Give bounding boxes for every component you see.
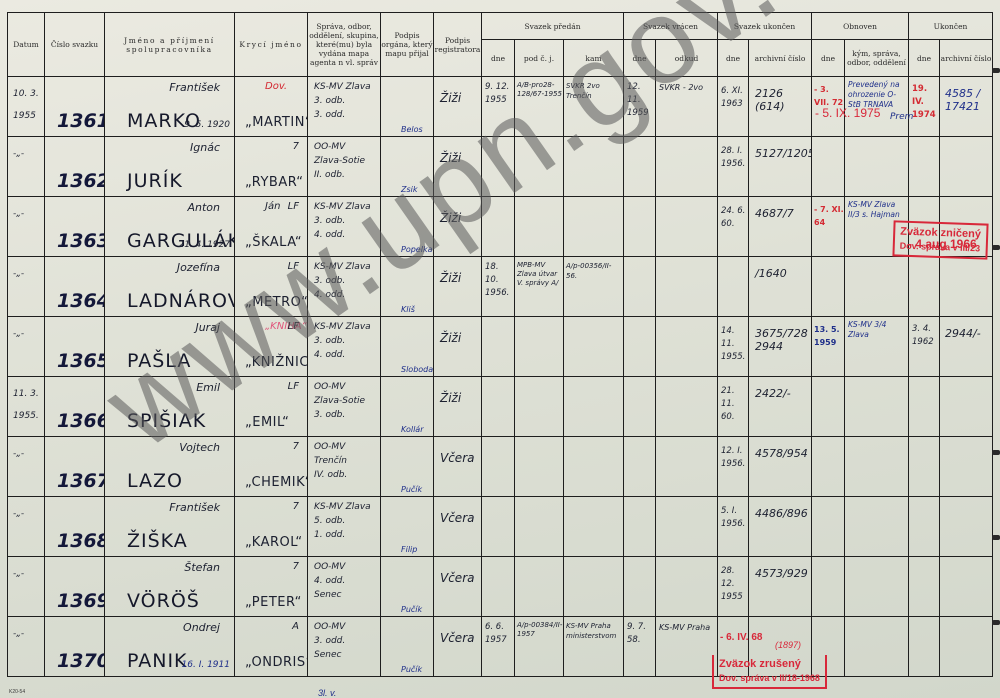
cell-ukoncen-archivni: 2126 (614): [749, 77, 812, 137]
col-sprava: Správa, odbor, oddělení, skupina, které(…: [308, 13, 381, 77]
cell-obnoven-dne: [812, 437, 845, 497]
cover-name: „ŠKALA“: [245, 235, 302, 250]
predan-dne: 18. 10. 1956.: [485, 261, 513, 300]
table-row: -„- 1363 Anton GARGULÁK 21. 4. 1927 Ján …: [8, 197, 993, 257]
cell-jmeno: František MARKO 9. 5. 1920: [105, 77, 235, 137]
sprava-line: Zlava-Sotie: [314, 154, 365, 168]
cell-jmeno: Ondrej PANIK 16. I. 1911: [105, 617, 235, 677]
cover-name: „PETER“: [245, 595, 302, 610]
svazek-number: 1364: [57, 290, 105, 312]
cell-vracen-odkud: [656, 137, 718, 197]
cell-vracen-odkud: [656, 377, 718, 437]
svazek-number: 1363: [57, 230, 105, 252]
cell-cislo: 1364: [45, 257, 105, 317]
cell-podpis-registratora: Žiži: [434, 137, 482, 197]
category-mark: LF: [288, 321, 299, 332]
cell-predan-cj: MPB-MV Zlava útvar V. správy A/: [515, 257, 564, 317]
binder-ring-icon: [992, 535, 1000, 540]
given-name: Ignác: [190, 141, 220, 154]
cell-datum: -„-: [8, 617, 45, 677]
col-podpis-organa: Podpis orgána, který mapu přijal: [381, 13, 434, 77]
cell-cislo: 1369: [45, 557, 105, 617]
cell-obnoven-dne: - 7. XI. 64: [812, 197, 845, 257]
registrar-signature: Žiži: [440, 271, 461, 285]
cell-ukoncen-dne: 5. I. 1956.: [718, 497, 749, 557]
cell-kryci-jmeno: 7 „CHEMIK“: [235, 437, 308, 497]
datum: -„-: [13, 443, 43, 465]
cell-vracen-odkud: [656, 497, 718, 557]
cell-predan-cj: A/B-pro28-128/67-1955: [515, 77, 564, 137]
predan-cj: A/p-00384/II-1957: [517, 621, 563, 639]
sprava: KS-MV Zlava5. odb.1. odd.: [314, 500, 371, 542]
cell-sprava: OO-MVZlava-Sotie3. odb.: [308, 377, 381, 437]
predan-cj: MPB-MV Zlava útvar V. správy A/: [517, 261, 563, 288]
sprava-line: OO-MV: [314, 380, 365, 394]
table-row: -„- 1362 Ignác JURÍK 7 „RYBAR“ OO-MVZlav…: [8, 137, 993, 197]
cover-name-prev: „KNIHA“: [265, 321, 307, 332]
organ-signature: Popelka: [401, 245, 432, 254]
cell-obnoven-dne: [812, 257, 845, 317]
sprava: OO-MVZlava-SotieII. odb.: [314, 140, 365, 182]
category-mark: LF: [288, 201, 299, 212]
cell-sprava: OO-MVTrenčínIV. odb.: [308, 437, 381, 497]
cell-predan-kam: [564, 377, 624, 437]
col-cislo-svazku: Číslo svazku: [45, 13, 105, 77]
sprava-line: Senec: [314, 588, 345, 602]
cell-ukoncen2-archivni: 4585 / 17421: [940, 77, 993, 137]
sprava-line: IV. odb.: [314, 468, 347, 482]
cell-kryci-jmeno: Ján LF „ŠKALA“: [235, 197, 308, 257]
col-predan-dne: dne: [482, 40, 515, 77]
category-mark: 7: [293, 441, 299, 452]
cell-jmeno: Štefan VÖRÖŠ: [105, 557, 235, 617]
cell-cislo: 1367: [45, 437, 105, 497]
sprava-line: KS-MV Zlava: [314, 80, 371, 94]
sprava: OO-MVZlava-Sotie3. odb.: [314, 380, 365, 422]
stamp-arch-1370: (1897): [775, 640, 801, 650]
stamp-sub: Dov. správa v III/23: [900, 239, 981, 256]
cell-predan-kam: [564, 137, 624, 197]
cell-vracen-dne: 9. 7. 58.: [624, 617, 656, 677]
cell-podpis-registratora: Včera: [434, 497, 482, 557]
cell-podpis-organa: Belos: [381, 77, 434, 137]
cell-kryci-jmeno: A „ONDRIS“: [235, 617, 308, 677]
obnoven-dne: 13. 5. 1959: [814, 323, 844, 349]
cell-predan-dne: 9. 12. 1955: [482, 77, 515, 137]
cell-cislo: 1366: [45, 377, 105, 437]
cell-kryci-jmeno: Dov. „MARTIN“ „FERO“: [235, 77, 308, 137]
cell-obnoven-dne: 13. 5. 1959: [812, 317, 845, 377]
sprava-line: 3. odb.: [314, 408, 365, 422]
ukoncen-archivni: 2126 (614): [755, 87, 809, 113]
sprava: OO-MV4. odd.Senec: [314, 560, 345, 602]
cell-ukoncen-archivni: 4687/7: [749, 197, 812, 257]
col-ukoncen-archivni: archivní číslo: [749, 40, 812, 77]
ukoncen-dne: 24. 6. 60.: [721, 205, 749, 231]
given-name: Štefan: [184, 561, 220, 574]
category-mark: 7: [293, 501, 299, 512]
cell-jmeno: Vojtech LAZO: [105, 437, 235, 497]
cell-podpis-organa: Pučík: [381, 557, 434, 617]
cell-ukoncen-dne: 14. 11. 1955.: [718, 317, 749, 377]
cell-vracen-odkud: [656, 317, 718, 377]
cell-sprava: KS-MV Zlava3. odb.3. odd.: [308, 77, 381, 137]
col-group-svazek-predan: Svazek předán: [482, 13, 624, 40]
table-row: 11. 3. 1955. 1366 Emil SPIŠIAK LF „EMIL“…: [8, 377, 993, 437]
col-datum: Datum: [8, 13, 45, 77]
cell-ukoncen-dne: [718, 257, 749, 317]
cell-obnoven-kym: KS-MV 3/4 Zlava: [845, 317, 909, 377]
cell-ukoncen2-dne: [909, 437, 940, 497]
cell-ukoncen2-archivni: [940, 557, 993, 617]
obnoven-kym: KS-MV Zlava II/3 s. Hajman: [848, 200, 906, 220]
birth-date: 9. 5. 1920: [184, 120, 230, 130]
registrar-signature: Žiži: [440, 391, 461, 405]
table-row: -„- 1365 Juraj PAŠLA „KNIHA“ LF „KNIŽNIC…: [8, 317, 993, 377]
binder-ring-icon: [992, 68, 1000, 73]
cell-podpis-registratora: Žiži: [434, 317, 482, 377]
svazek-number: 1369: [57, 590, 105, 612]
birth-date: 16. I. 1911: [182, 660, 230, 670]
binder-ring-icon: [992, 245, 1000, 250]
predan-cj: A/B-pro28-128/67-1955: [517, 81, 563, 99]
cell-vracen-dne: [624, 137, 656, 197]
ukoncen2-dne: 19. IV. 1974: [912, 83, 938, 122]
cell-ukoncen-dne: 21. 11. 60.: [718, 377, 749, 437]
cell-cislo: 1361: [45, 77, 105, 137]
stamp-sub: Dov. správa v II/18-1968: [719, 671, 820, 685]
cell-obnoven-kym: [845, 437, 909, 497]
cell-predan-cj: [515, 137, 564, 197]
cell-sprava: KS-MV Zlava3. odb.4. odd.: [308, 317, 381, 377]
given-name: Vojtech: [179, 441, 220, 454]
cell-vracen-odkud: [656, 437, 718, 497]
cell-predan-kam: A/p-00356/II-56.: [564, 257, 624, 317]
registrar-signature: Včera: [440, 631, 474, 645]
cell-predan-dne: 18. 10. 1956.: [482, 257, 515, 317]
cell-cislo: 1363: [45, 197, 105, 257]
col-vracen-odkud: odkud: [656, 40, 718, 77]
cell-jmeno: František ŽIŠKA: [105, 497, 235, 557]
cell-vracen-odkud: [656, 197, 718, 257]
cell-ukoncen2-archivni: 2944/-: [940, 317, 993, 377]
cell-ukoncen-archivni: 4486/896: [749, 497, 812, 557]
cell-ukoncen2-archivni: [940, 497, 993, 557]
footer-note: 3l. v.: [318, 688, 336, 698]
cell-obnoven-dne: [812, 557, 845, 617]
col-ukoncen2-archivni: archivní číslo: [940, 40, 993, 77]
surname: LADNÁROVÁ: [127, 290, 235, 312]
col-vracen-dne: dne: [624, 40, 656, 77]
surname: JURÍK: [127, 170, 183, 192]
cell-ukoncen-dne: 24. 6. 60.: [718, 197, 749, 257]
cell-sprava: KS-MV Zlava5. odb.1. odd.: [308, 497, 381, 557]
cell-cislo: 1365: [45, 317, 105, 377]
col-ukoncen2-dne: dne: [909, 40, 940, 77]
cell-predan-dne: [482, 557, 515, 617]
sprava-line: Zlava-Sotie: [314, 394, 365, 408]
cell-vracen-dne: [624, 497, 656, 557]
sprava-line: OO-MV: [314, 140, 365, 154]
cell-kryci-jmeno: LF „METRO“: [235, 257, 308, 317]
cell-datum: -„-: [8, 557, 45, 617]
cell-predan-kam: KS-MV Praha ministerstvom: [564, 617, 624, 677]
sprava: KS-MV Zlava3. odb.4. odd.: [314, 320, 371, 362]
registrar-signature: Žiži: [440, 151, 461, 165]
cell-vracen-odkud: [656, 257, 718, 317]
sprava: KS-MV Zlava3. odb.4. odd.: [314, 260, 371, 302]
cell-ukoncen-dne: 28. I. 1956.: [718, 137, 749, 197]
sprava: KS-MV Zlava3. odb.4. odd.: [314, 200, 371, 242]
sprava-line: II. odb.: [314, 168, 365, 182]
sprava-line: 5. odb.: [314, 514, 371, 528]
registrar-signature: Žiži: [440, 331, 461, 345]
cell-podpis-organa: Pučík: [381, 437, 434, 497]
surname: VÖRÖŠ: [127, 590, 200, 612]
table-row: -„- 1368 František ŽIŠKA 7 „KAROL“ KS-MV…: [8, 497, 993, 557]
svazek-number: 1368: [57, 530, 105, 552]
svazek-number: 1367: [57, 470, 105, 492]
category-mark: LF: [288, 261, 299, 272]
ukoncen-dne: 14. 11. 1955.: [721, 325, 749, 364]
datum: -„-: [13, 323, 43, 345]
datum: -„-: [13, 203, 43, 225]
cell-datum: -„-: [8, 137, 45, 197]
table-row: -„- 1367 Vojtech LAZO 7 „CHEMIK“ OO-MVTr…: [8, 437, 993, 497]
sprava-line: Senec: [314, 648, 345, 662]
organ-signature: Kollár: [401, 425, 424, 434]
sprava-line: Trenčín: [314, 454, 347, 468]
predan-dne: 6. 6. 1957: [485, 621, 513, 647]
sprava-line: 3. odb.: [314, 214, 371, 228]
binder-ring-icon: [992, 450, 1000, 455]
ukoncen-dne: 6. XI. 1963: [721, 85, 749, 111]
svazek-number: 1362: [57, 170, 105, 192]
cell-obnoven-dne: [812, 377, 845, 437]
col-predan-kam: kam: [564, 40, 624, 77]
ukoncen-archivni: 3675/728 2944: [755, 327, 809, 353]
ukoncen2-dne: 3. 4. 1962: [912, 323, 938, 349]
cell-obnoven-kym: [845, 377, 909, 437]
ukoncen-dne: 28. 12. 1955: [721, 565, 749, 604]
sprava-line: KS-MV Zlava: [314, 500, 371, 514]
col-obnoven-dne: dne: [812, 40, 845, 77]
cell-jmeno: Ignác JURÍK: [105, 137, 235, 197]
category-mark: 7: [293, 561, 299, 572]
category-mark: 7: [293, 141, 299, 152]
surname: PANIK: [127, 650, 188, 672]
cell-jmeno: Anton GARGULÁK 21. 4. 1927: [105, 197, 235, 257]
table-row: -„- 1369 Štefan VÖRÖŠ 7 „PETER“ OO-MV4. …: [8, 557, 993, 617]
cell-predan-dne: [482, 377, 515, 437]
cell-vracen-dne: [624, 437, 656, 497]
cell-predan-dne: [482, 137, 515, 197]
ukoncen-dne: 28. I. 1956.: [721, 145, 749, 171]
cell-podpis-registratora: Žiži: [434, 77, 482, 137]
birth-date: 21. 4. 1927: [178, 240, 230, 250]
datum: -„-: [13, 563, 43, 585]
predan-kam: KS-MV Praha ministerstvom: [566, 621, 622, 641]
cell-ukoncen2-dne: [909, 557, 940, 617]
cell-kryci-jmeno: 7 „PETER“: [235, 557, 308, 617]
cell-ukoncen2-dne: [909, 257, 940, 317]
datum: -„-: [13, 623, 43, 645]
cell-sprava: KS-MV Zlava3. odb.4. odd.: [308, 197, 381, 257]
svazek-number: 1365: [57, 350, 105, 372]
ukoncen-dne: 21. 11. 60.: [721, 385, 749, 424]
ukoncen-archivni: 4573/929: [755, 567, 809, 580]
cell-predan-cj: A/p-00384/II-1957: [515, 617, 564, 677]
cell-ukoncen-dne: 28. 12. 1955: [718, 557, 749, 617]
sprava-line: 4. odd.: [314, 574, 345, 588]
cell-podpis-registratora: Žiži: [434, 257, 482, 317]
sprava: OO-MVTrenčínIV. odb.: [314, 440, 347, 482]
obnoven-kym: KS-MV 3/4 Zlava: [848, 320, 906, 340]
ukoncen-archivni: 2422/-: [755, 387, 809, 400]
col-kryci-jmeno: Krycí jméno: [235, 13, 308, 77]
cell-predan-kam: [564, 317, 624, 377]
registrar-signature: Včera: [440, 451, 474, 465]
given-name: Ondrej: [183, 621, 220, 634]
organ-signature: Filip: [401, 545, 417, 554]
registrar-signature: Žiži: [440, 211, 461, 225]
sprava-line: KS-MV Zlava: [314, 260, 371, 274]
organ-signature: Belos: [401, 125, 423, 134]
cell-predan-kam: [564, 437, 624, 497]
sprava-line: 3. odb.: [314, 334, 371, 348]
organ-signature: Zsik: [401, 185, 418, 194]
cover-name: „METRO“: [245, 295, 308, 310]
col-ukoncen-dne: dne: [718, 40, 749, 77]
cell-cislo: 1370: [45, 617, 105, 677]
cell-datum: 10. 3. 1955: [8, 77, 45, 137]
cell-predan-kam: [564, 557, 624, 617]
organ-signature: Pučík: [401, 485, 422, 494]
cell-podpis-organa: Pučík: [381, 617, 434, 677]
datum: -„-: [13, 143, 43, 165]
cell-vracen-dne: [624, 377, 656, 437]
organ-signature: Pučík: [401, 665, 422, 674]
cell-kryci-jmeno: 7 „KAROL“: [235, 497, 308, 557]
predan-kam: A/p-00356/II-56.: [566, 261, 622, 281]
form-code: K20-54: [9, 689, 25, 695]
datum: 11. 3. 1955.: [13, 383, 43, 427]
cover-name-prev: Ján: [265, 201, 280, 212]
cell-datum: -„-: [8, 497, 45, 557]
cell-sprava: OO-MV3. odd.Senec: [308, 617, 381, 677]
surname: SPIŠIAK: [127, 410, 206, 432]
ukoncen-archivni: 4486/896: [755, 507, 809, 520]
ukoncen2-archivni: 2944/-: [945, 327, 991, 340]
cell-sprava: KS-MV Zlava3. odb.4. odd.: [308, 257, 381, 317]
cell-podpis-registratora: Včera: [434, 437, 482, 497]
cell-vracen-dne: [624, 557, 656, 617]
cell-ukoncen-archivni: 4578/954: [749, 437, 812, 497]
cell-ukoncen-dne: 12. I. 1956.: [718, 437, 749, 497]
cell-podpis-organa: Filip: [381, 497, 434, 557]
given-name: Jozefína: [177, 261, 220, 274]
svazek-number: 1366: [57, 410, 105, 432]
cell-kryci-jmeno: „KNIHA“ LF „KNIŽNICA“: [235, 317, 308, 377]
organ-signature: Kliš: [401, 305, 415, 314]
cell-kryci-jmeno: LF „EMIL“: [235, 377, 308, 437]
sprava-line: 4. odd.: [314, 228, 371, 242]
cover-name: „MARTIN“ „FERO“: [245, 115, 308, 130]
cell-cislo: 1362: [45, 137, 105, 197]
cover-name: „ONDRIS“: [245, 655, 308, 670]
cell-datum: -„-: [8, 317, 45, 377]
ukoncen-dne: 5. I. 1956.: [721, 505, 749, 531]
cell-predan-dne: [482, 197, 515, 257]
sprava-line: KS-MV Zlava: [314, 200, 371, 214]
svazek-number: 1361: [57, 110, 105, 132]
category-mark: A: [292, 621, 299, 632]
cell-ukoncen-archivni: /1640: [749, 257, 812, 317]
surname: LAZO: [127, 470, 183, 492]
given-name: František: [169, 501, 220, 514]
cell-vracen-dne: [624, 257, 656, 317]
cover-name: „EMIL“: [245, 415, 289, 430]
predan-dne: 9. 12. 1955: [485, 81, 513, 107]
cell-predan-dne: [482, 317, 515, 377]
cell-podpis-registratora: Včera: [434, 557, 482, 617]
datum: 10. 3. 1955: [13, 83, 43, 127]
ukoncen-archivni: /1640: [755, 267, 809, 280]
given-name: František: [169, 81, 220, 94]
cell-ukoncen2-archivni: [940, 257, 993, 317]
cell-predan-kam: [564, 497, 624, 557]
cell-jmeno: Juraj PAŠLA: [105, 317, 235, 377]
cell-vracen-odkud: [656, 557, 718, 617]
cell-ukoncen-archivni: 2422/-: [749, 377, 812, 437]
sprava-line: KS-MV Zlava: [314, 320, 371, 334]
stamp-date-1361: - 5. IX. 1975: [815, 106, 880, 120]
cell-obnoven-kym: [845, 497, 909, 557]
cover-name: „CHEMIK“: [245, 475, 308, 490]
ukoncen2-archivni: 4585 / 17421: [945, 87, 991, 113]
given-name: Anton: [187, 201, 220, 214]
cell-predan-dne: 6. 6. 1957: [482, 617, 515, 677]
cell-datum: 11. 3. 1955.: [8, 377, 45, 437]
ukoncen-dne: 12. I. 1956.: [721, 445, 749, 471]
predan-kam: SVKR 2vo Trenčín: [566, 81, 622, 101]
cell-podpis-organa: Kliš: [381, 257, 434, 317]
cell-datum: -„-: [8, 257, 45, 317]
cover-name-prev: Dov.: [265, 81, 287, 92]
cover-name: „RYBAR“: [245, 175, 304, 190]
datum: -„-: [13, 503, 43, 525]
sprava-line: OO-MV: [314, 440, 347, 454]
cell-podpis-registratora: Včera: [434, 617, 482, 677]
cell-ukoncen2-dne: [909, 497, 940, 557]
vracen-odkud: KS-MV Praha: [659, 621, 715, 634]
col-group-svazek-vracen: Svazek vrácen: [624, 13, 718, 40]
category-mark: LF: [288, 381, 299, 392]
cell-vracen-dne: [624, 197, 656, 257]
sprava-line: 1. odd.: [314, 528, 371, 542]
stamp-zvazok-1370: Zväzok zrušenýDov. správa v II/18-1968: [712, 655, 827, 689]
binder-ring-icon: [992, 620, 1000, 625]
cell-ukoncen2-archivni: [940, 137, 993, 197]
cell-predan-cj: [515, 377, 564, 437]
cell-vracen-odkud: KS-MV Praha: [656, 617, 718, 677]
sprava-line: 3. odb.: [314, 94, 371, 108]
cell-predan-cj: [515, 317, 564, 377]
cell-ukoncen-archivni: 3675/728 2944: [749, 317, 812, 377]
col-obnoven-kym: kým, správa, odbor, oddělení: [845, 40, 909, 77]
col-predan-pod-cj: pod č. j.: [515, 40, 564, 77]
cell-ukoncen2-archivni: [940, 377, 993, 437]
